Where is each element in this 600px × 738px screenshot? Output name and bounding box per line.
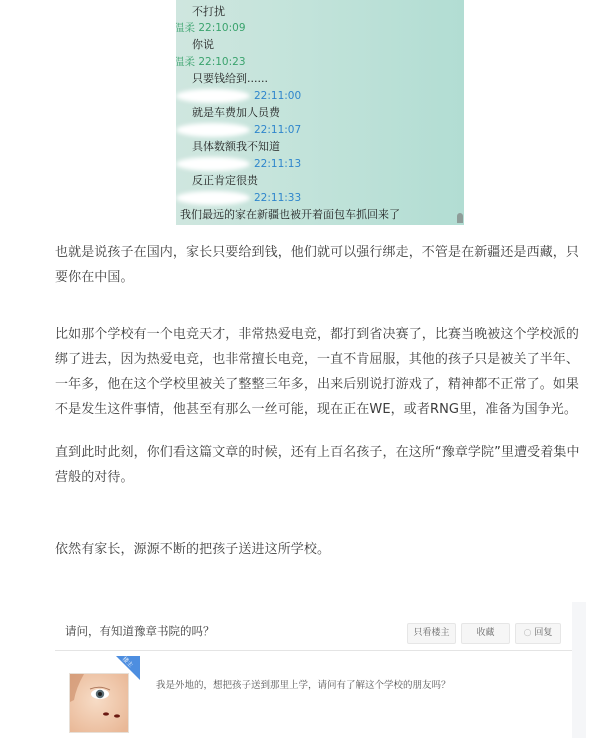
article-paragraph: 比如那个学校有一个电竞天才，非常热爱电竞，都打到省决赛了，比赛当晚被这个学校派的… — [55, 322, 585, 422]
article-paragraph: 也就是说孩子在国内，家长只要给到钱，他们就可以强行绑走，不管是在新疆还是西藏，只… — [55, 240, 585, 290]
message-time: 22:10:23 — [198, 56, 245, 68]
chat-sender-line: 温柔 22:10:09 — [176, 21, 246, 35]
chat-message: 不打扰 — [192, 5, 225, 19]
chat-message: 我们最远的家在新疆也被开着面包车抓回来了 — [180, 208, 400, 222]
favorite-button[interactable]: 收藏 — [461, 623, 510, 644]
article-paragraph: 直到此时此刻，你们看这篇文章的时候，还有上百名孩子，在这所“豫章学院”里遭受着集… — [55, 440, 585, 490]
sender-name: 温柔 — [176, 56, 195, 68]
redacted-name — [176, 123, 250, 137]
redacted-name — [176, 191, 250, 205]
redacted-name — [176, 157, 250, 171]
chat-message: 只要钱给到...... — [192, 72, 268, 86]
message-time: 22:11:07 — [254, 123, 301, 137]
thread-title: 请问，有知道豫章书院的吗？ — [65, 623, 215, 639]
chat-sender-line: 温柔 22:10:23 — [176, 55, 246, 69]
sender-name: 温柔 — [176, 22, 195, 34]
chat-message: 就是车费加人员费 — [192, 106, 280, 120]
chat-message: 你说 — [192, 38, 214, 52]
chat-screenshot: 不打扰 温柔 22:10:09 你说 温柔 22:10:23 只要钱给到....… — [176, 0, 464, 225]
article-paragraph: 依然有家长，源源不断的把孩子送进这所学校。 — [55, 537, 585, 562]
message-time: 22:11:13 — [254, 157, 301, 171]
comment-icon: ○ — [524, 628, 532, 638]
message-time: 22:10:09 — [198, 22, 245, 34]
avatar[interactable] — [69, 673, 129, 733]
redacted-name — [176, 89, 250, 103]
post-content: 我是外地的，想把孩子送到那里上学，请问有了解这个学校的朋友吗？ — [156, 677, 451, 691]
forum-screenshot: 请问，有知道豫章书院的吗？ 只看楼主 收藏 ○ 回复 楼主 我是外地的，想把孩子… — [55, 610, 572, 738]
only-op-button[interactable]: 只看楼主 — [407, 623, 456, 644]
divider — [55, 650, 572, 651]
message-time: 22:11:33 — [254, 191, 301, 205]
reply-button[interactable]: ○ 回复 — [515, 623, 561, 644]
chat-scrollbar[interactable] — [457, 213, 463, 223]
forum-sidebar-edge — [572, 602, 586, 738]
baby-face-image — [70, 674, 128, 732]
message-time: 22:11:00 — [254, 89, 301, 103]
chat-message: 反正肯定很贵 — [192, 174, 258, 188]
chat-message: 具体数额我不知道 — [192, 140, 280, 154]
reply-label: 回复 — [534, 628, 552, 638]
